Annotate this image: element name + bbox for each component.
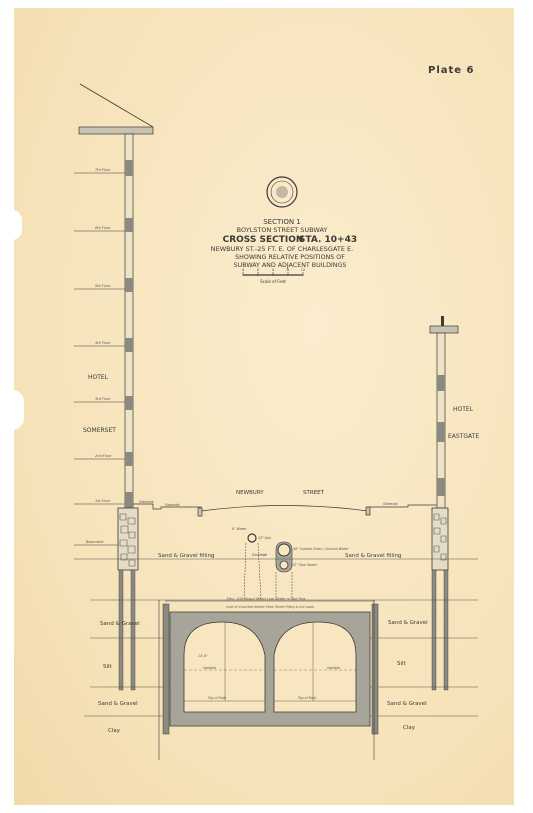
floor-label: 3rd Floor xyxy=(95,397,111,401)
soil-label: Sand & Gravel xyxy=(100,621,140,627)
section-label: SECTION 1 xyxy=(263,218,301,226)
title-line3: NEWBURY ST.-25 FT. E. OF CHARLESGATE E. xyxy=(211,245,353,253)
eastgate-name-1: HOTEL xyxy=(453,406,474,413)
basement-label: Basement xyxy=(86,540,104,544)
dim-variable-label: Variable xyxy=(203,666,216,670)
floor-label: 7th Floor xyxy=(95,168,111,172)
street-name-1: NEWBURY xyxy=(236,490,264,496)
floor-label: 6th Floor xyxy=(95,226,111,230)
title-line5: SUBWAY AND ADJACENT BUILDINGS xyxy=(234,262,347,269)
commission-seal xyxy=(267,177,297,207)
hotel-eastgate-wall xyxy=(430,316,458,690)
top-of-rails-label: Top of Rails xyxy=(298,696,317,700)
utility-pipes: 12" Gas 8" Water 48" Surface Drain / Gro… xyxy=(232,527,349,600)
scale-tick: 12 xyxy=(301,268,305,272)
sidewalk-label: Sidewalk xyxy=(139,500,155,504)
soil-label: Sand & Gravel filling xyxy=(345,553,401,559)
title-line1: BOYLSTON STREET SUBWAY xyxy=(237,226,328,234)
title-block: SECTION 1 BOYLSTON STREET SUBWAY CROSS S… xyxy=(211,218,357,284)
eastgate-name-2: EASTGATE xyxy=(448,433,479,440)
street-name-2: STREET xyxy=(303,490,325,496)
somerset-name-1: HOTEL xyxy=(88,374,109,381)
somerset-floor-labels: 7th Floor 6th Floor 5th Floor 4th Floor … xyxy=(83,168,116,544)
soil-label: Sand & Gravel filling xyxy=(158,553,214,559)
dim-span-label: 14'-6" xyxy=(198,654,208,658)
water-label: 8" Water xyxy=(232,527,247,531)
soil-label: Clay xyxy=(108,728,121,734)
sidewalk-label: Sidewalk xyxy=(165,503,181,507)
concrete-note: Line of Concrete where Steel Sheet Pilin… xyxy=(226,605,314,609)
scale-tick: 0 xyxy=(257,268,259,272)
floor-label: 4th Floor xyxy=(95,341,111,345)
soil-label: Sand & Gravel xyxy=(98,701,138,707)
top-of-rails-label: Top of Rails xyxy=(208,696,227,700)
cross-section-drawing: Plate 6 SECTION 1 BOYLSTON STREET SUBWAY… xyxy=(0,0,533,813)
sewer-label: 12" Pipe Sewer xyxy=(292,563,318,567)
subway-tunnel-section xyxy=(163,604,378,734)
plate-label: Plate 6 xyxy=(428,65,475,76)
soil-label: Sand & Gravel xyxy=(388,620,428,626)
dim-variable-label: Variable xyxy=(327,666,340,670)
soil-label: Sand & Gravel xyxy=(387,701,427,707)
floor-label: 5th Floor xyxy=(95,284,111,288)
title-station: STA. 10+43 xyxy=(299,235,357,245)
scale-bar: 4 0 4 8 12 Scale of Feet xyxy=(242,268,305,284)
drain-label: 48" Surface Drain / Ground Water xyxy=(293,547,349,551)
soil-label: Silt xyxy=(397,661,407,667)
scale-tick: 8 xyxy=(287,268,289,272)
title-line4: SHOWING RELATIVE POSITIONS OF xyxy=(235,254,345,261)
elevation-note: Elev. 100 About Mean Low Water of the Se… xyxy=(227,597,306,601)
scale-label: Scale of Feet xyxy=(260,279,286,284)
sidewalk-label: Sidewalk xyxy=(383,502,399,506)
hotel-somerset-wall xyxy=(79,84,153,690)
soil-label: Silt xyxy=(103,664,113,670)
floor-label: 1st Floor xyxy=(95,499,111,503)
soil-label: Clay xyxy=(403,725,416,731)
floor-label: 2nd Floor xyxy=(95,454,112,458)
somerset-name-2: SOMERSET xyxy=(83,427,116,434)
title-cross-section: CROSS SECTION xyxy=(223,235,304,245)
gas-pipe-label: 12" Gas xyxy=(258,536,271,540)
